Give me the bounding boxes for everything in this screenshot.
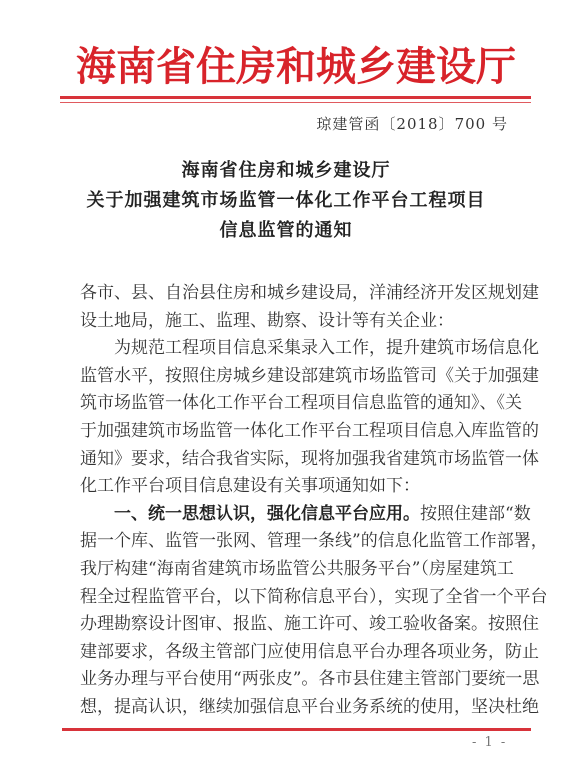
page-number: - 1 - [472,735,507,750]
document-body: 各市、县、自治县住房和城乡建设局，洋浦经济开发区规划建 设土地局，施工、监理、勘… [80,280,504,722]
footer-rule [62,728,531,731]
body-line: 据一个库、监管一张网、管理一条线”的信息化监管工作部署， [80,528,504,556]
title-line-subject-cont: 信息监管的通知 [40,216,532,246]
letterhead-title: 海南省住房和城乡建设厅 [60,44,532,90]
body-line: 程全过程监管平台，以下简称信息平台），实现了全省一个平台 [80,584,504,612]
document-number: 琼建管函〔2018〕700 号 [316,114,508,134]
letterhead-rule-thick [60,96,531,99]
body-line: 我厅构建“海南省建筑市场监管公共服务平台”（房屋建筑工 [80,556,504,584]
document-title: 海南省住房和城乡建设厅 关于加强建筑市场监管一体化工作平台工程项目 信息监管的通… [40,156,532,246]
title-line-issuer: 海南省住房和城乡建设厅 [40,156,532,186]
body-line: 设土地局，施工、监理、勘察、设计等有关企业： [80,308,504,336]
body-line: 业务办理与平台使用“两张皮”。各市县住建主管部门要统一思 [80,666,504,694]
body-line: 想，提高认识，继续加强信息平台业务系统的使用，坚决杜绝 [80,694,504,722]
body-line: 化工作平台项目信息建设有关事项通知如下： [80,473,504,501]
section-heading: 一、统一思想认识，强化信息平台应用。 [114,504,420,524]
section-indent [80,504,114,524]
body-line: 筑市场监管一体化工作平台工程项目信息监管的通知》、《关 [80,390,504,418]
body-line: 通知》要求，结合我省实际，现将加强我省建筑市场监管一体 [80,446,504,474]
body-line: 办理勘察设计图审、报监、施工许可、竣工验收备案。按照住 [80,611,504,639]
title-line-subject: 关于加强建筑市场监管一体化工作平台工程项目 [40,186,532,216]
body-line: 监管水平，按照住房城乡建设部建筑市场监管司《关于加强建 [80,363,504,391]
body-line: 建部要求，各级主管部门应使用信息平台办理各项业务，防止 [80,639,504,667]
section-text: 按照住建部“数 [420,504,531,524]
body-line: 各市、县、自治县住房和城乡建设局，洋浦经济开发区规划建 [80,280,504,308]
body-line: 于加强建筑市场监管一体化工作平台工程项目信息入库监管的 [80,418,504,446]
body-line: 为规范工程项目信息采集录入工作，提升建筑市场信息化 [80,335,504,363]
letterhead-rule-thin [60,102,531,103]
section-heading-line: 一、统一思想认识，强化信息平台应用。按照住建部“数 [80,501,504,529]
